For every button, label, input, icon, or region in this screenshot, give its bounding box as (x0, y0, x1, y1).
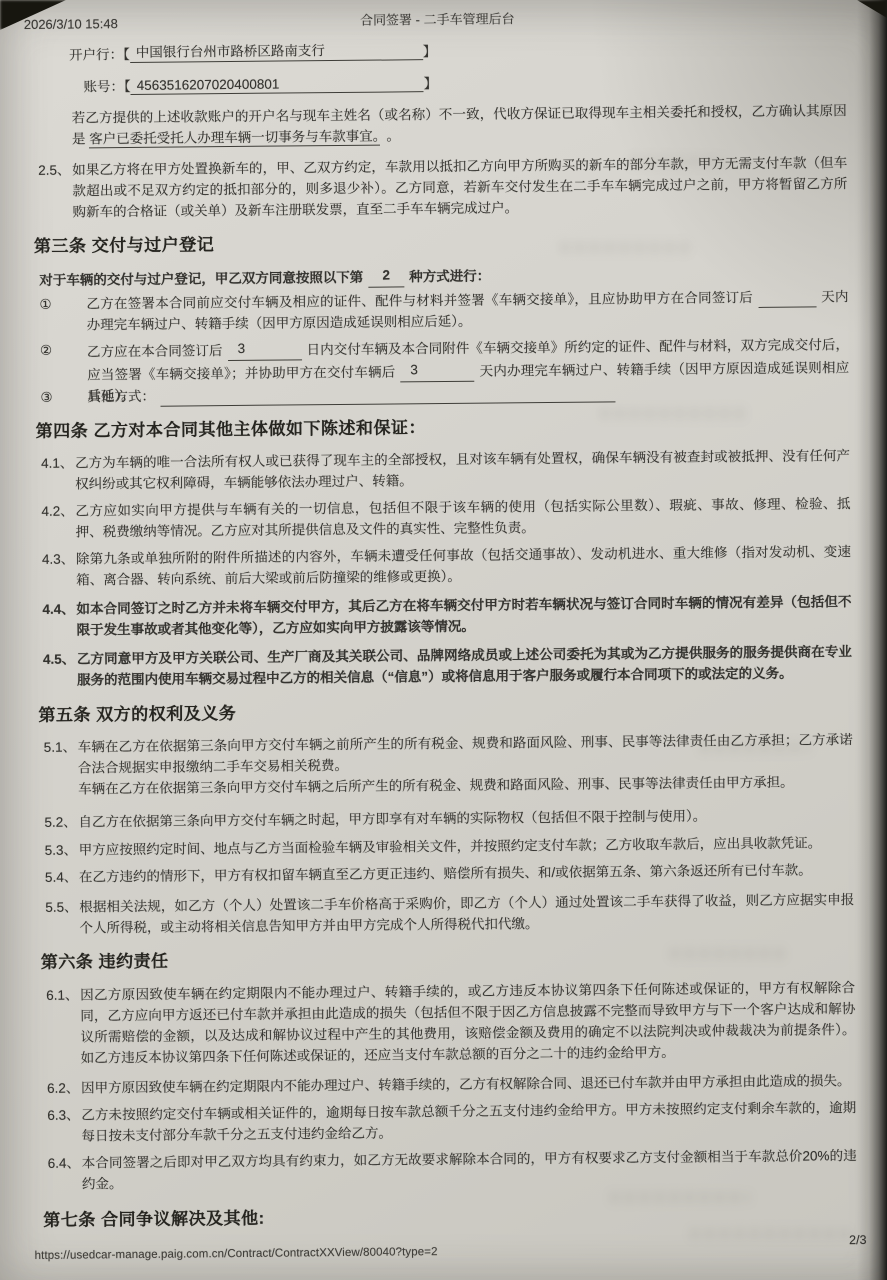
bank-account-value: 4563516207020400801 (131, 75, 424, 95)
clause-text: 根据相关法规，如乙方（个人）处置该二手车价格高于采购价，即乙方（个人）通过处置该… (45, 889, 854, 939)
print-page-title: 合同签署 - 二手车管理后台 (0, 5, 881, 33)
scanned-contract-page: 2026/3/10 15:48 合同签署 - 二手车管理后台 开户行：【中国银行… (0, 0, 887, 1280)
clause-6-2: 6.2、 因甲方原因致使车辆在约定期限内不能办理过户、转籍手续的，乙方有权解除合… (47, 1070, 856, 1099)
bank-account-label: 账号： (83, 79, 124, 94)
clause-4-4: 4.4、 如本合同签订之时乙方并未将车辆交付甲方，其后乙方在将车辆交付甲方时若车… (42, 591, 851, 641)
clause-5-4: 5.4、 在乙方违约的情形下，甲方有权扣留车辆直至乙方更正违约、赔偿所有损失、和… (45, 859, 854, 888)
close-bracket: 】 (424, 76, 438, 91)
clause-4-3: 4.3、 除第九条或单独所附的附件所描述的内容外，车辆未遭受任何事故（包括交通事… (42, 541, 851, 591)
blank-other-method-field (160, 386, 615, 406)
clause-number: 5.5、 (45, 897, 77, 918)
clause-text: 除第九条或单独所附的附件所描述的内容外，车辆未遭受任何事故（包括交通事故）、发动… (42, 541, 851, 591)
clause-5-2: 5.2、 自乙方在依据第三条向甲方交付车辆之时起，甲方即享有对车辆的实际物权（包… (44, 804, 853, 833)
clause-6-4: 6.4、 本合同签署之后即对甲乙双方均具有约束力，如乙方无故要求解除本合同的，甲… (48, 1145, 857, 1195)
bank-branch-row: 开户行：【中国银行台州市路桥区路南支行】 (69, 38, 436, 64)
clause-text: 在乙方违约的情形下，甲方有权扣留车辆直至乙方更正违约、赔偿所有损失、和/或依据第… (45, 859, 854, 888)
bank-branch-label: 开户行： (69, 47, 123, 63)
clause-number: 6.1、 (46, 985, 78, 1006)
clause-number: 5.4、 (45, 867, 77, 888)
option-marker: ① (39, 294, 51, 315)
clause-5-1: 5.1、 车辆在乙方在依据第三条向甲方交付车辆之前所产生的所有税金、规费和路面风… (44, 729, 854, 800)
clause-number: 4.5、 (43, 649, 75, 670)
clause-number: 4.2、 (41, 501, 73, 522)
section-3-heading: 第三条 交付与过户登记 (34, 230, 214, 257)
days-filled-1: 3 (227, 337, 301, 361)
clause-6-3: 6.3、 乙方未按照约定交付车辆或相关证件的，逾期每日按车款总额千分之五支付违约… (47, 1097, 856, 1147)
option-marker: ② (40, 340, 52, 361)
clause-4-2: 4.2、 乙方应如实向甲方提供与车辆有关的一切信息，包括但不限于该车辆的使用（包… (41, 493, 850, 543)
bank-branch-value: 中国银行台州市路桥区路南支行 (130, 38, 423, 63)
clause-text: 乙方未按照约定交付车辆或相关证件的，逾期每日按车款总额千分之五支付违约金给甲方。… (47, 1097, 856, 1147)
clause-text: 因乙方原因致使车辆在约定期限内不能办理过户、转籍手续的，或乙方违反本协议第四条下… (46, 977, 856, 1069)
note-period: 。 (386, 128, 400, 143)
section-5-heading: 第五条 双方的权利及义务 (38, 699, 236, 726)
print-footer-url: https://usedcar-manage.paig.com.cn/Contr… (35, 1246, 438, 1262)
photo-edge-shadow-right (857, 0, 887, 1280)
clause-number: 2.5、 (38, 160, 70, 181)
days-filled-2: 3 (400, 359, 474, 383)
section-4-heading: 第四条 乙方对本合同其他主体做如下陈述和保证： (36, 413, 426, 442)
clause-text: 自乙方在依据第三条向甲方交付车辆之时起，甲方即享有对车辆的实际物权（包括但不限于… (44, 804, 853, 833)
clause-number: 4.4、 (42, 599, 74, 620)
clause-text: 如本合同签订之时乙方并未将车辆交付甲方，其后乙方在将车辆交付甲方时若车辆状况与签… (42, 591, 851, 641)
delivery-option-1: ① 乙方在签署本合同前应交付车辆及相应的证件、配件与材料并签署《车辆交接单》，且… (39, 286, 848, 336)
clause-number: 6.2、 (47, 1078, 79, 1099)
option-text: 乙方在签署本合同前应交付车辆及相应的证件、配件与材料并签署《车辆交接单》，且应协… (86, 290, 753, 311)
bank-account-row: 账号：【4563516207020400801】 (83, 72, 437, 95)
clause-number: 5.3、 (45, 840, 77, 861)
clause-2-5: 2.5、 如果乙方将在甲方处置换新车的，甲、乙双方约定，车款用以抵扣乙方向甲方所… (38, 152, 848, 223)
blank-days-field (758, 291, 816, 308)
clause-number: 4.3、 (42, 549, 74, 570)
clause-number: 4.1、 (41, 453, 73, 474)
section-6-heading: 第六条 违约责任 (41, 947, 169, 973)
clause-number: 6.3、 (47, 1105, 79, 1126)
clause-text: 如果乙方将在甲方处置换新车的，甲、乙双方约定，车款用以抵扣乙方向甲方所购买的新车… (38, 152, 848, 223)
clause-text: 本合同签署之后即对甲乙双方均具有约束力，如乙方无故要求解除本合同的，甲方有权要求… (48, 1145, 857, 1195)
option-text: 乙方应在本合同签订后 (87, 343, 223, 359)
intro-text-tail: 种方式进行： (409, 269, 490, 285)
clause-text: 因甲方原因致使车辆在约定期限内不能办理过户、转籍手续的，乙方有权解除合同、退还已… (47, 1070, 856, 1099)
clause-4-5: 4.5、 乙方同意甲方及甲方关联公司、生产厂商及其关联公司、品牌网络成员或上述公… (43, 641, 852, 691)
clause-number: 5.1、 (44, 737, 76, 758)
clause-6-1: 6.1、 因乙方原因致使车辆在约定期限内不能办理过户、转籍手续的，或乙方违反本协… (46, 977, 856, 1069)
option-label: 其他方式： (87, 389, 155, 405)
clause-text: 乙方同意甲方及甲方关联公司、生产厂商及其关联公司、品牌网络成员或上述公司委托为其… (43, 641, 852, 691)
clause-number: 5.2、 (44, 812, 76, 833)
delivery-method-intro: 对于车辆的交付与过户登记，甲乙双方同意按照以下第2种方式进行： (39, 260, 848, 291)
method-number-filled: 2 (368, 264, 404, 287)
clause-text: 乙方为车辆的唯一合法所有权人或已获得了现车主的全部授权，且对该车辆有处置权，确保… (41, 445, 850, 495)
option-marker: ③ (40, 387, 52, 408)
note-filled-reason: 客户已委托受托人办理车辆一切事务与车款事宜。 (89, 129, 379, 149)
clause-text: 乙方应如实向甲方提供与车辆有关的一切信息，包括但不限于该车辆的使用（包括实际公里… (41, 493, 850, 543)
clause-5-5: 5.5、 根据相关法规，如乙方（个人）处置该二手车价格高于采购价，即乙方（个人）… (45, 889, 854, 939)
section-7-heading: 第七条 合同争议解决及其他: (43, 1204, 265, 1231)
clause-text: 甲方应按照约定时间、地点与乙方当面检验车辆及审验相关文件，并按照约定支付车款；乙… (45, 832, 854, 861)
clause-5-3: 5.3、 甲方应按照约定时间、地点与乙方当面检验车辆及审验相关文件，并按照约定支… (45, 832, 854, 861)
payee-authorization-note: 若乙方提供的上述收款账户的开户名与现车主姓名（或名称）不一致，代收方保证已取得现… (38, 100, 847, 150)
intro-text: 对于车辆的交付与过户登记，甲乙双方同意按照以下第 (39, 270, 363, 288)
clause-4-1: 4.1、 乙方为车辆的唯一合法所有权人或已获得了现车主的全部授权，且对该车辆有处… (41, 445, 850, 495)
close-bracket: 】 (423, 44, 437, 59)
clause-number: 6.4、 (48, 1153, 80, 1174)
